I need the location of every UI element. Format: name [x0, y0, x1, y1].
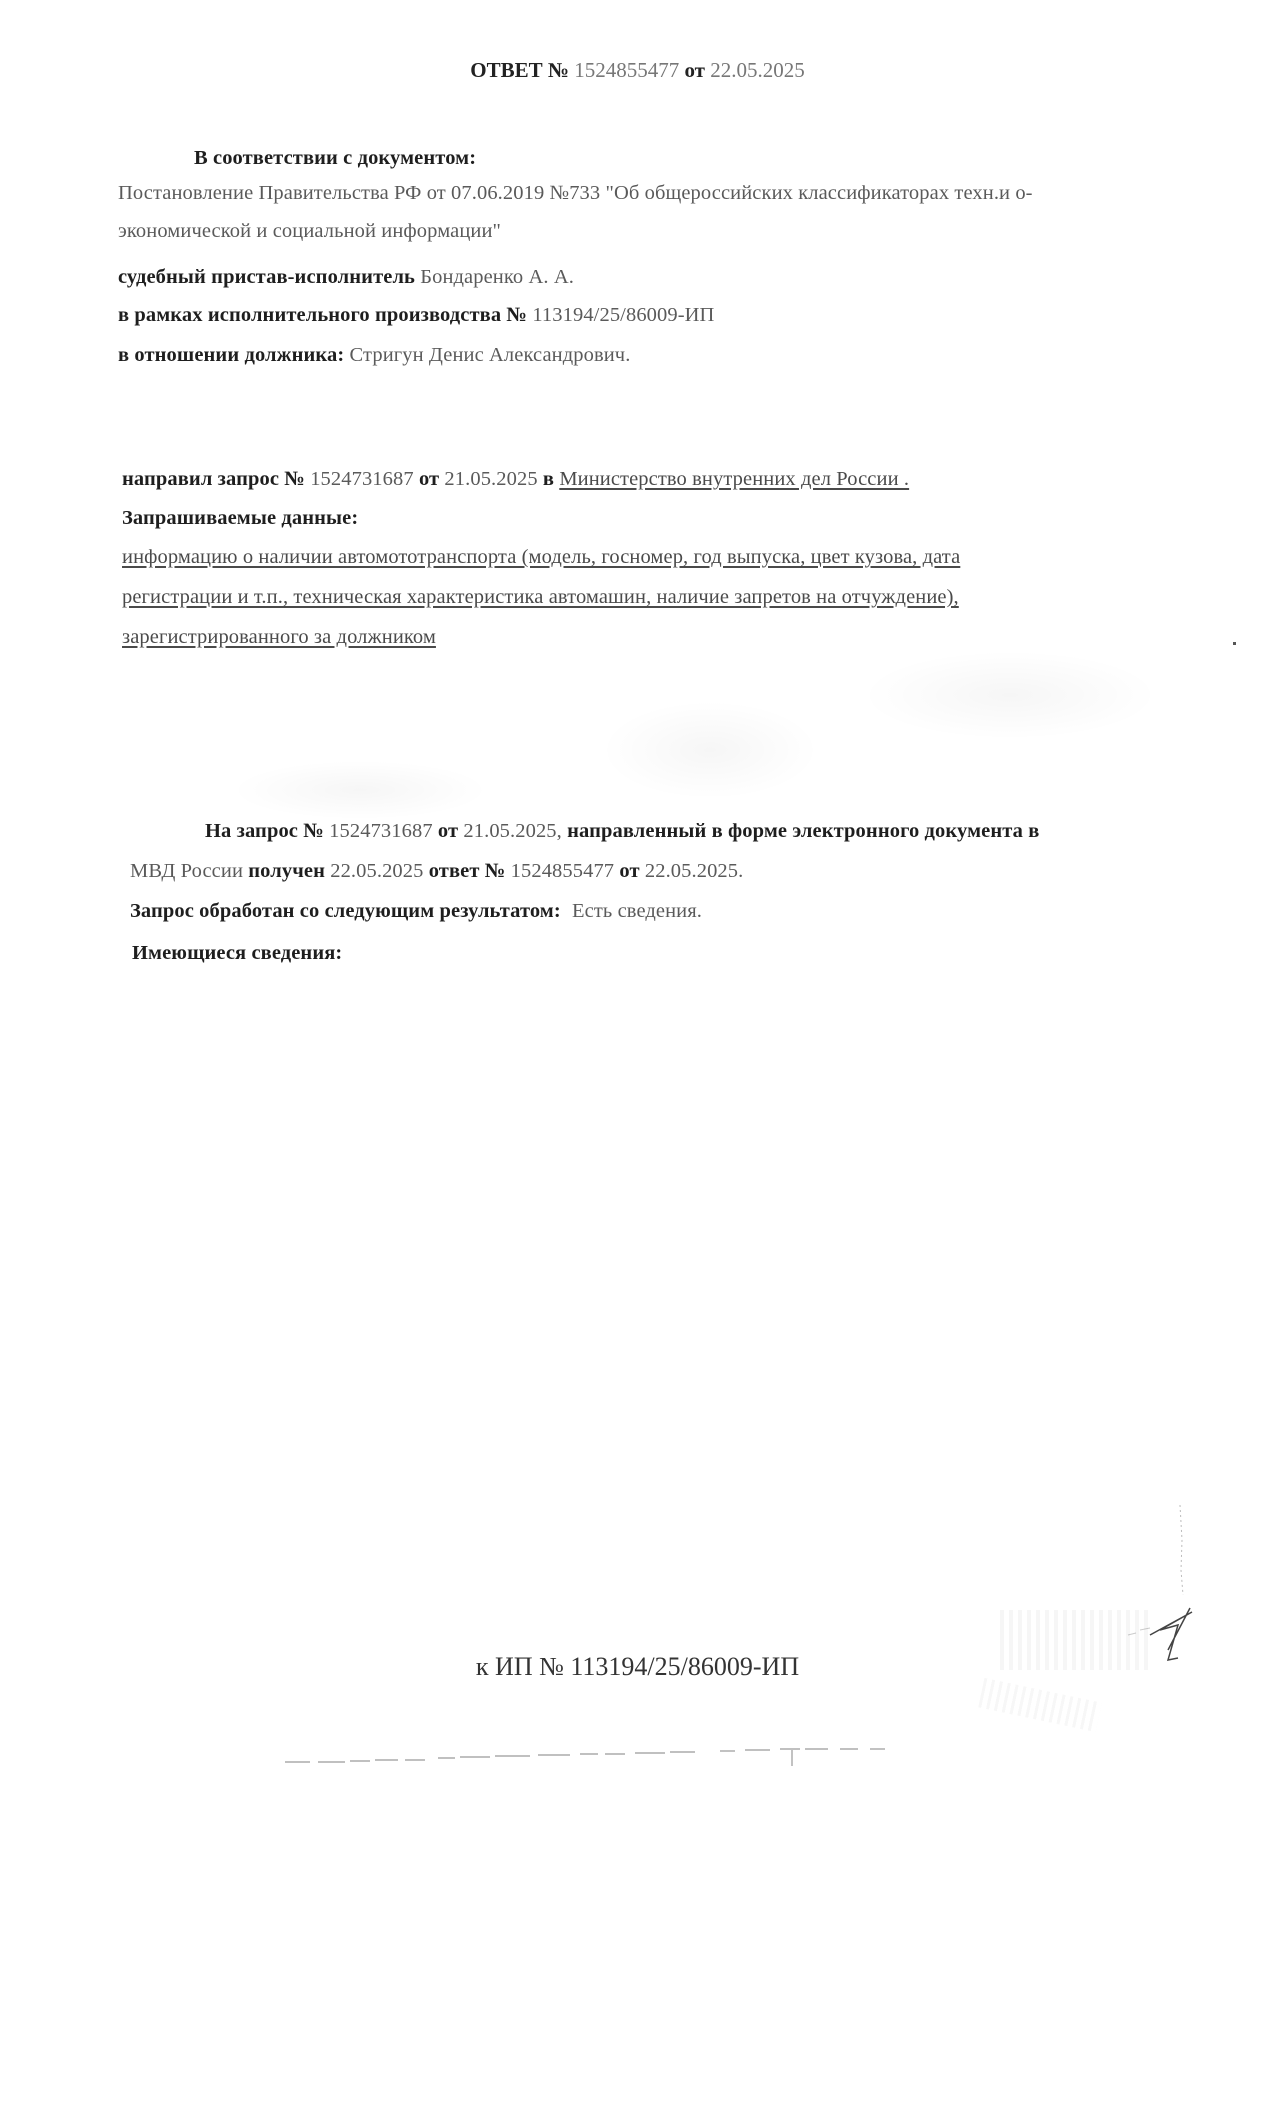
- request-to-label: в: [543, 468, 554, 490]
- debtor-row: в отношении должника: Стригун Денис Алек…: [118, 342, 630, 368]
- response-result-label: Запрос обработан со следующим результато…: [130, 900, 561, 922]
- bailiff-name: Бондаренко А. А.: [420, 266, 574, 288]
- scanned-document-page: ОТВЕТ № 1524855477 от 22.05.2025 В соотв…: [0, 0, 1275, 2101]
- title-date-label: от: [684, 58, 705, 82]
- response-result-value: Есть сведения.: [572, 900, 702, 922]
- scan-speck: [1233, 642, 1236, 645]
- response-request-label: На запрос №: [205, 820, 324, 842]
- basis-document-line-2: экономической и социальной информации": [118, 218, 501, 244]
- requested-data-line-2: регистрации и т.п., техническая характер…: [122, 584, 959, 610]
- scan-smudge: [230, 760, 490, 820]
- response-request-date-label: от: [438, 820, 458, 842]
- response-org: МВД России: [130, 860, 243, 882]
- requested-data-line-1: информацию о наличии автомототранспорта …: [122, 544, 960, 570]
- request-number: 1524731687: [310, 468, 414, 490]
- proceeding-label: в рамках исполнительного производства №: [118, 304, 527, 326]
- requested-data-heading: Запрашиваемые данные:: [122, 505, 358, 531]
- debtor-label: в отношении должника:: [118, 344, 344, 366]
- response-result-row: Запрос обработан со следующим результато…: [130, 898, 702, 924]
- response-received-label: получен: [248, 860, 325, 882]
- response-received-date: 22.05.2025: [330, 860, 423, 882]
- bailiff-row: судебный пристав-исполнитель Бондаренко …: [118, 264, 574, 290]
- response-answer-label: ответ №: [429, 860, 506, 882]
- faint-stamp-marks: [1000, 1610, 1150, 1670]
- request-date-label: от: [419, 468, 439, 490]
- response-line-2: МВД России получен 22.05.2025 ответ № 15…: [130, 858, 743, 884]
- proceeding-number: 113194/25/86009-ИП: [532, 304, 714, 326]
- scan-smudge: [860, 650, 1160, 740]
- proceeding-row: в рамках исполнительного производства № …: [118, 302, 714, 328]
- basis-heading: В соответствии с документом:: [194, 145, 476, 171]
- request-row: направил запрос № 1524731687 от 21.05.20…: [122, 466, 909, 492]
- debtor-name: Стригун Денис Александрович.: [350, 344, 631, 366]
- request-recipient: Министерство внутренних дел России .: [559, 468, 909, 490]
- bailiff-label: судебный пристав-исполнитель: [118, 266, 415, 288]
- response-answer-date: 22.05.2025.: [645, 860, 743, 882]
- response-request-date: 21.05.2025,: [463, 820, 561, 842]
- response-answer-date-label: от: [619, 860, 639, 882]
- response-line-1: На запрос № 1524731687 от 21.05.2025, на…: [205, 818, 1039, 844]
- request-date: 21.05.2025: [444, 468, 537, 490]
- response-request-number: 1524731687: [329, 820, 433, 842]
- faint-stamp-marks: [978, 1678, 1102, 1732]
- basis-document-line-1: Постановление Правительства РФ от 07.06.…: [118, 180, 1033, 206]
- response-sent-form-label: направленный в форме электронного докуме…: [567, 820, 1039, 842]
- available-info-heading: Имеющиеся сведения:: [132, 940, 342, 966]
- requested-data-line-3: зарегистрированного за должником: [122, 624, 436, 650]
- dashed-cut-line: [280, 1748, 1270, 1768]
- scan-smudge: [600, 700, 820, 800]
- title-number: 1524855477: [574, 58, 679, 82]
- response-answer-number: 1524855477: [511, 860, 615, 882]
- title-label: ОТВЕТ №: [470, 58, 569, 82]
- document-title: ОТВЕТ № 1524855477 от 22.05.2025: [0, 56, 1275, 84]
- request-label: направил запрос №: [122, 468, 305, 490]
- title-date: 22.05.2025: [710, 58, 805, 82]
